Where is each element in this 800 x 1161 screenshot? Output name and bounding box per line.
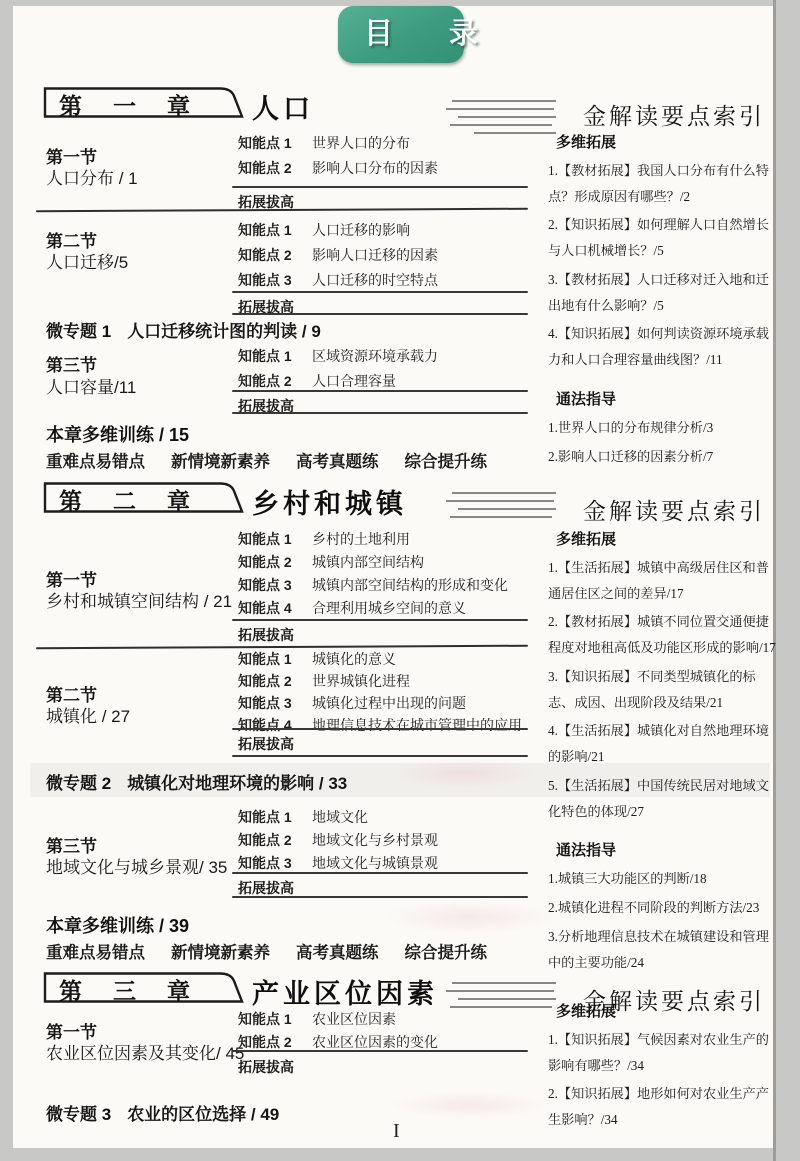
index-header: 金解读要点索引 — [583, 98, 765, 131]
section-title: 人口容量/11 — [46, 373, 136, 398]
divider — [232, 390, 528, 392]
index-header: 金解读要点索引 — [583, 493, 765, 526]
kp-text: 区域资源环境承载力 — [312, 346, 438, 366]
kp-num: 知能点 2 — [238, 671, 312, 691]
knowledge-point-row: 知能点 3 地域文化与城镇景观 — [238, 853, 438, 873]
kp-text: 人口合理容量 — [312, 371, 396, 391]
divider — [232, 872, 528, 874]
kp-num: 知能点 2 — [238, 371, 312, 391]
kp-num: 知能点 3 — [238, 693, 312, 713]
index-column: 多维拓展 1.【教材拓展】我国人口分布有什么特点？形成原因有哪些？/2 2.【知… — [548, 131, 780, 472]
chapter-training-title: 本章多维训练 / 15 — [46, 421, 189, 447]
training-item: 高考真题练 — [296, 939, 379, 963]
knowledge-point-row: 知能点 1 世界人口的分布 — [238, 133, 410, 153]
scan-edge-left — [0, 0, 13, 1161]
chapter-badge: 第二章 — [42, 479, 248, 515]
kp-text: 合理利用城乡空间的意义 — [312, 598, 466, 618]
kp-num: 知能点 1 — [238, 1009, 312, 1029]
index-item: 2.城镇化进程不同阶段的判断方法/23 — [548, 895, 780, 921]
section-title: 地域文化与城乡景观/ 35 — [46, 853, 227, 878]
index-item: 2.【教材拓展】城镇不同位置交通便捷程度对地租高低及功能区形成的影响/17 — [548, 609, 780, 660]
chapter-title: 乡村和城镇 — [252, 482, 407, 521]
knowledge-point-row: 知能点 2 地域文化与乡村景观 — [238, 830, 438, 850]
micro-label: 微专题 2 — [46, 769, 111, 794]
expand-label: 拓展拔高 — [238, 625, 294, 645]
kp-text: 城镇化的意义 — [312, 649, 396, 669]
index-group-label: 多维拓展 — [556, 528, 780, 549]
kp-text: 城镇化过程中出现的问题 — [312, 693, 466, 713]
knowledge-point-row: 知能点 3 人口迁移的时空特点 — [238, 270, 438, 290]
index-item: 1.【生活拓展】城镇中高级居住区和普通居住区之间的差异/17 — [548, 555, 780, 606]
index-column: 多维拓展 1.【知识拓展】气候因素对农业生产的影响有哪些？/34 2.【知识拓展… — [548, 1000, 780, 1136]
kp-text: 世界城镇化进程 — [312, 671, 410, 691]
training-item: 重难点易错点 — [46, 939, 145, 963]
page-number: I — [393, 1120, 400, 1143]
training-item: 综合提升练 — [405, 448, 488, 472]
kp-num: 知能点 1 — [238, 133, 312, 153]
knowledge-point-row: 知能点 2 世界城镇化进程 — [238, 671, 410, 691]
kp-num: 知能点 1 — [238, 807, 312, 827]
section-title: 城镇化 / 27 — [46, 702, 130, 727]
micro-label: 微专题 3 — [46, 1100, 111, 1125]
index-item: 1.城镇三大功能区的判断/18 — [548, 866, 780, 892]
micro-label: 微专题 1 — [46, 317, 111, 342]
index-item: 3.【教材拓展】人口迁移对迁入地和迁出地有什么影响？/5 — [548, 267, 780, 318]
kp-text: 地理信息技术在城市管理中的应用 — [312, 715, 522, 735]
kp-text: 地域文化与乡村景观 — [312, 830, 438, 850]
kp-text: 世界人口的分布 — [312, 133, 410, 153]
section-title: 农业区位因素及其变化/ 45 — [46, 1039, 244, 1064]
kp-num: 知能点 3 — [238, 853, 312, 873]
micro-title: 城镇化对地理环境的影响 / 33 — [127, 769, 347, 794]
kp-text: 人口迁移的时空特点 — [312, 270, 438, 290]
kp-text: 地域文化与城镇景观 — [312, 853, 438, 873]
index-item: 4.【生活拓展】城镇化对自然地理环境的影响/21 — [548, 718, 780, 769]
kp-num: 知能点 2 — [238, 158, 312, 178]
knowledge-point-row: 知能点 1 农业区位因素 — [238, 1009, 396, 1029]
knowledge-point-row: 知能点 1 地域文化 — [238, 807, 368, 827]
toc-title: 目 录 — [338, 6, 464, 63]
kp-num: 知能点 2 — [238, 245, 312, 265]
divider — [232, 619, 528, 621]
chapter-title: 人口 — [252, 87, 314, 126]
micro-topic: 微专题 3 农业的区位选择 / 49 — [46, 1100, 279, 1125]
expand-label: 拓展拔高 — [238, 878, 294, 898]
kp-text: 农业区位因素 — [312, 1009, 396, 1029]
divider — [232, 412, 528, 414]
micro-title: 人口迁移统计图的判读 / 9 — [127, 317, 321, 342]
training-item: 综合提升练 — [405, 939, 488, 963]
knowledge-point-row: 知能点 1 城镇化的意义 — [238, 649, 396, 669]
kp-num: 知能点 1 — [238, 220, 312, 240]
squiggle-lines — [444, 979, 562, 1019]
divider — [232, 755, 528, 757]
index-item: 1.世界人口的分布规律分析/3 — [548, 415, 780, 441]
training-items: 重难点易错点 新情境新素养 高考真题练 综合提升练 — [46, 939, 487, 963]
index-item: 5.【生活拓展】中国传统民居对地域文化特色的体现/27 — [548, 773, 780, 824]
kp-text: 农业区位因素的变化 — [312, 1032, 438, 1052]
index-group-label: 多维拓展 — [556, 1000, 780, 1021]
knowledge-point-row: 知能点 4 地理信息技术在城市管理中的应用 — [238, 715, 522, 735]
chapter-training-title: 本章多维训练 / 39 — [46, 912, 189, 938]
kp-text: 影响人口迁移的因素 — [312, 245, 438, 265]
training-item: 高考真题练 — [296, 448, 379, 472]
knowledge-point-row: 知能点 3 城镇化过程中出现的问题 — [238, 693, 466, 713]
index-item: 3.分析地理信息技术在城镇建设和管理中的主要功能/24 — [548, 924, 780, 975]
kp-num: 知能点 2 — [238, 830, 312, 850]
micro-topic: 微专题 1 人口迁移统计图的判读 / 9 — [46, 317, 321, 342]
kp-num: 知能点 1 — [238, 346, 312, 366]
training-item: 新情境新素养 — [171, 939, 270, 963]
chapter-badge: 第三章 — [42, 969, 248, 1005]
section-title: 人口迁移/5 — [46, 248, 128, 273]
kp-num: 知能点 4 — [238, 715, 312, 735]
kp-num: 知能点 2 — [238, 1032, 312, 1052]
kp-text: 乡村的土地利用 — [312, 529, 410, 549]
index-item: 3.【知识拓展】不同类型城镇化的标志、成因、出现阶段及结果/21 — [548, 664, 780, 715]
kp-text: 城镇内部空间结构的形成和变化 — [312, 575, 508, 595]
index-item: 4.【知识拓展】如何判读资源环境承载力和人口合理容量曲线图？/11 — [548, 321, 780, 372]
knowledge-point-row: 知能点 1 区域资源环境承载力 — [238, 346, 438, 366]
kp-text: 地域文化 — [312, 807, 368, 827]
scan-artifact — [390, 1092, 550, 1118]
divider — [232, 186, 528, 188]
kp-text: 影响人口分布的因素 — [312, 158, 438, 178]
divider — [232, 896, 528, 898]
chapter-badge-label: 第二章 — [59, 483, 221, 516]
index-item: 2.【知识拓展】地形如何对农业生产产生影响？/34 — [548, 1081, 780, 1132]
training-items: 重难点易错点 新情境新素养 高考真题练 综合提升练 — [46, 448, 487, 472]
kp-text: 城镇内部空间结构 — [312, 552, 424, 572]
knowledge-point-row: 知能点 1 人口迁移的影响 — [238, 220, 410, 240]
section-title: 人口分布 / 1 — [46, 164, 138, 189]
kp-num: 知能点 1 — [238, 529, 312, 549]
squiggle-lines — [444, 489, 562, 529]
knowledge-point-row: 知能点 2 城镇内部空间结构 — [238, 552, 424, 572]
index-item: 1.【教材拓展】我国人口分布有什么特点？形成原因有哪些？/2 — [548, 158, 780, 209]
chapter-badge: 第一章 — [42, 84, 248, 120]
scan-artifact — [395, 758, 535, 788]
chapter-badge-label: 第一章 — [59, 88, 221, 121]
kp-num: 知能点 3 — [238, 575, 312, 595]
training-item: 新情境新素养 — [171, 448, 270, 472]
index-group-label: 多维拓展 — [556, 131, 780, 152]
knowledge-point-row: 知能点 2 农业区位因素的变化 — [238, 1032, 438, 1052]
kp-text: 人口迁移的影响 — [312, 220, 410, 240]
chapter-title: 产业区位因素 — [252, 972, 438, 1011]
index-column: 多维拓展 1.【生活拓展】城镇中高级居住区和普通居住区之间的差异/17 2.【教… — [548, 528, 780, 978]
divider — [232, 1050, 528, 1052]
section-title: 乡村和城镇空间结构 / 21 — [46, 587, 232, 612]
training-item: 重难点易错点 — [46, 448, 145, 472]
knowledge-point-row: 知能点 2 影响人口迁移的因素 — [238, 245, 438, 265]
index-item: 2.【知识拓展】如何理解人口自然增长与人口机械增长？/5 — [548, 212, 780, 263]
divider — [232, 291, 528, 293]
micro-topic: 微专题 2 城镇化对地理环境的影响 / 33 — [46, 769, 347, 794]
toc-badge: 目 录 — [338, 6, 464, 63]
index-item: 1.【知识拓展】气候因素对农业生产的影响有哪些？/34 — [548, 1027, 780, 1078]
micro-title: 农业的区位选择 / 49 — [127, 1100, 279, 1125]
scan-artifact — [385, 900, 555, 934]
scan-edge-bottom — [0, 1148, 800, 1161]
expand-label: 拓展拔高 — [238, 1057, 294, 1077]
expand-label: 拓展拔高 — [238, 734, 294, 754]
chapter-badge-label: 第三章 — [59, 973, 221, 1006]
divider — [232, 728, 528, 730]
kp-num: 知能点 4 — [238, 598, 312, 618]
knowledge-point-row: 知能点 2 影响人口分布的因素 — [238, 158, 438, 178]
index-item: 2.影响人口迁移的因素分析/7 — [548, 444, 780, 470]
index-group-label: 通法指导 — [556, 388, 780, 409]
knowledge-point-row: 知能点 4 合理利用城乡空间的意义 — [238, 598, 466, 618]
divider — [232, 313, 528, 315]
index-group-label: 通法指导 — [556, 839, 780, 860]
kp-num: 知能点 1 — [238, 649, 312, 669]
knowledge-point-row: 知能点 2 人口合理容量 — [238, 371, 396, 391]
knowledge-point-row: 知能点 1 乡村的土地利用 — [238, 529, 410, 549]
knowledge-point-row: 知能点 3 城镇内部空间结构的形成和变化 — [238, 575, 508, 595]
kp-num: 知能点 2 — [238, 552, 312, 572]
squiggle-lines — [444, 97, 562, 137]
kp-num: 知能点 3 — [238, 270, 312, 290]
